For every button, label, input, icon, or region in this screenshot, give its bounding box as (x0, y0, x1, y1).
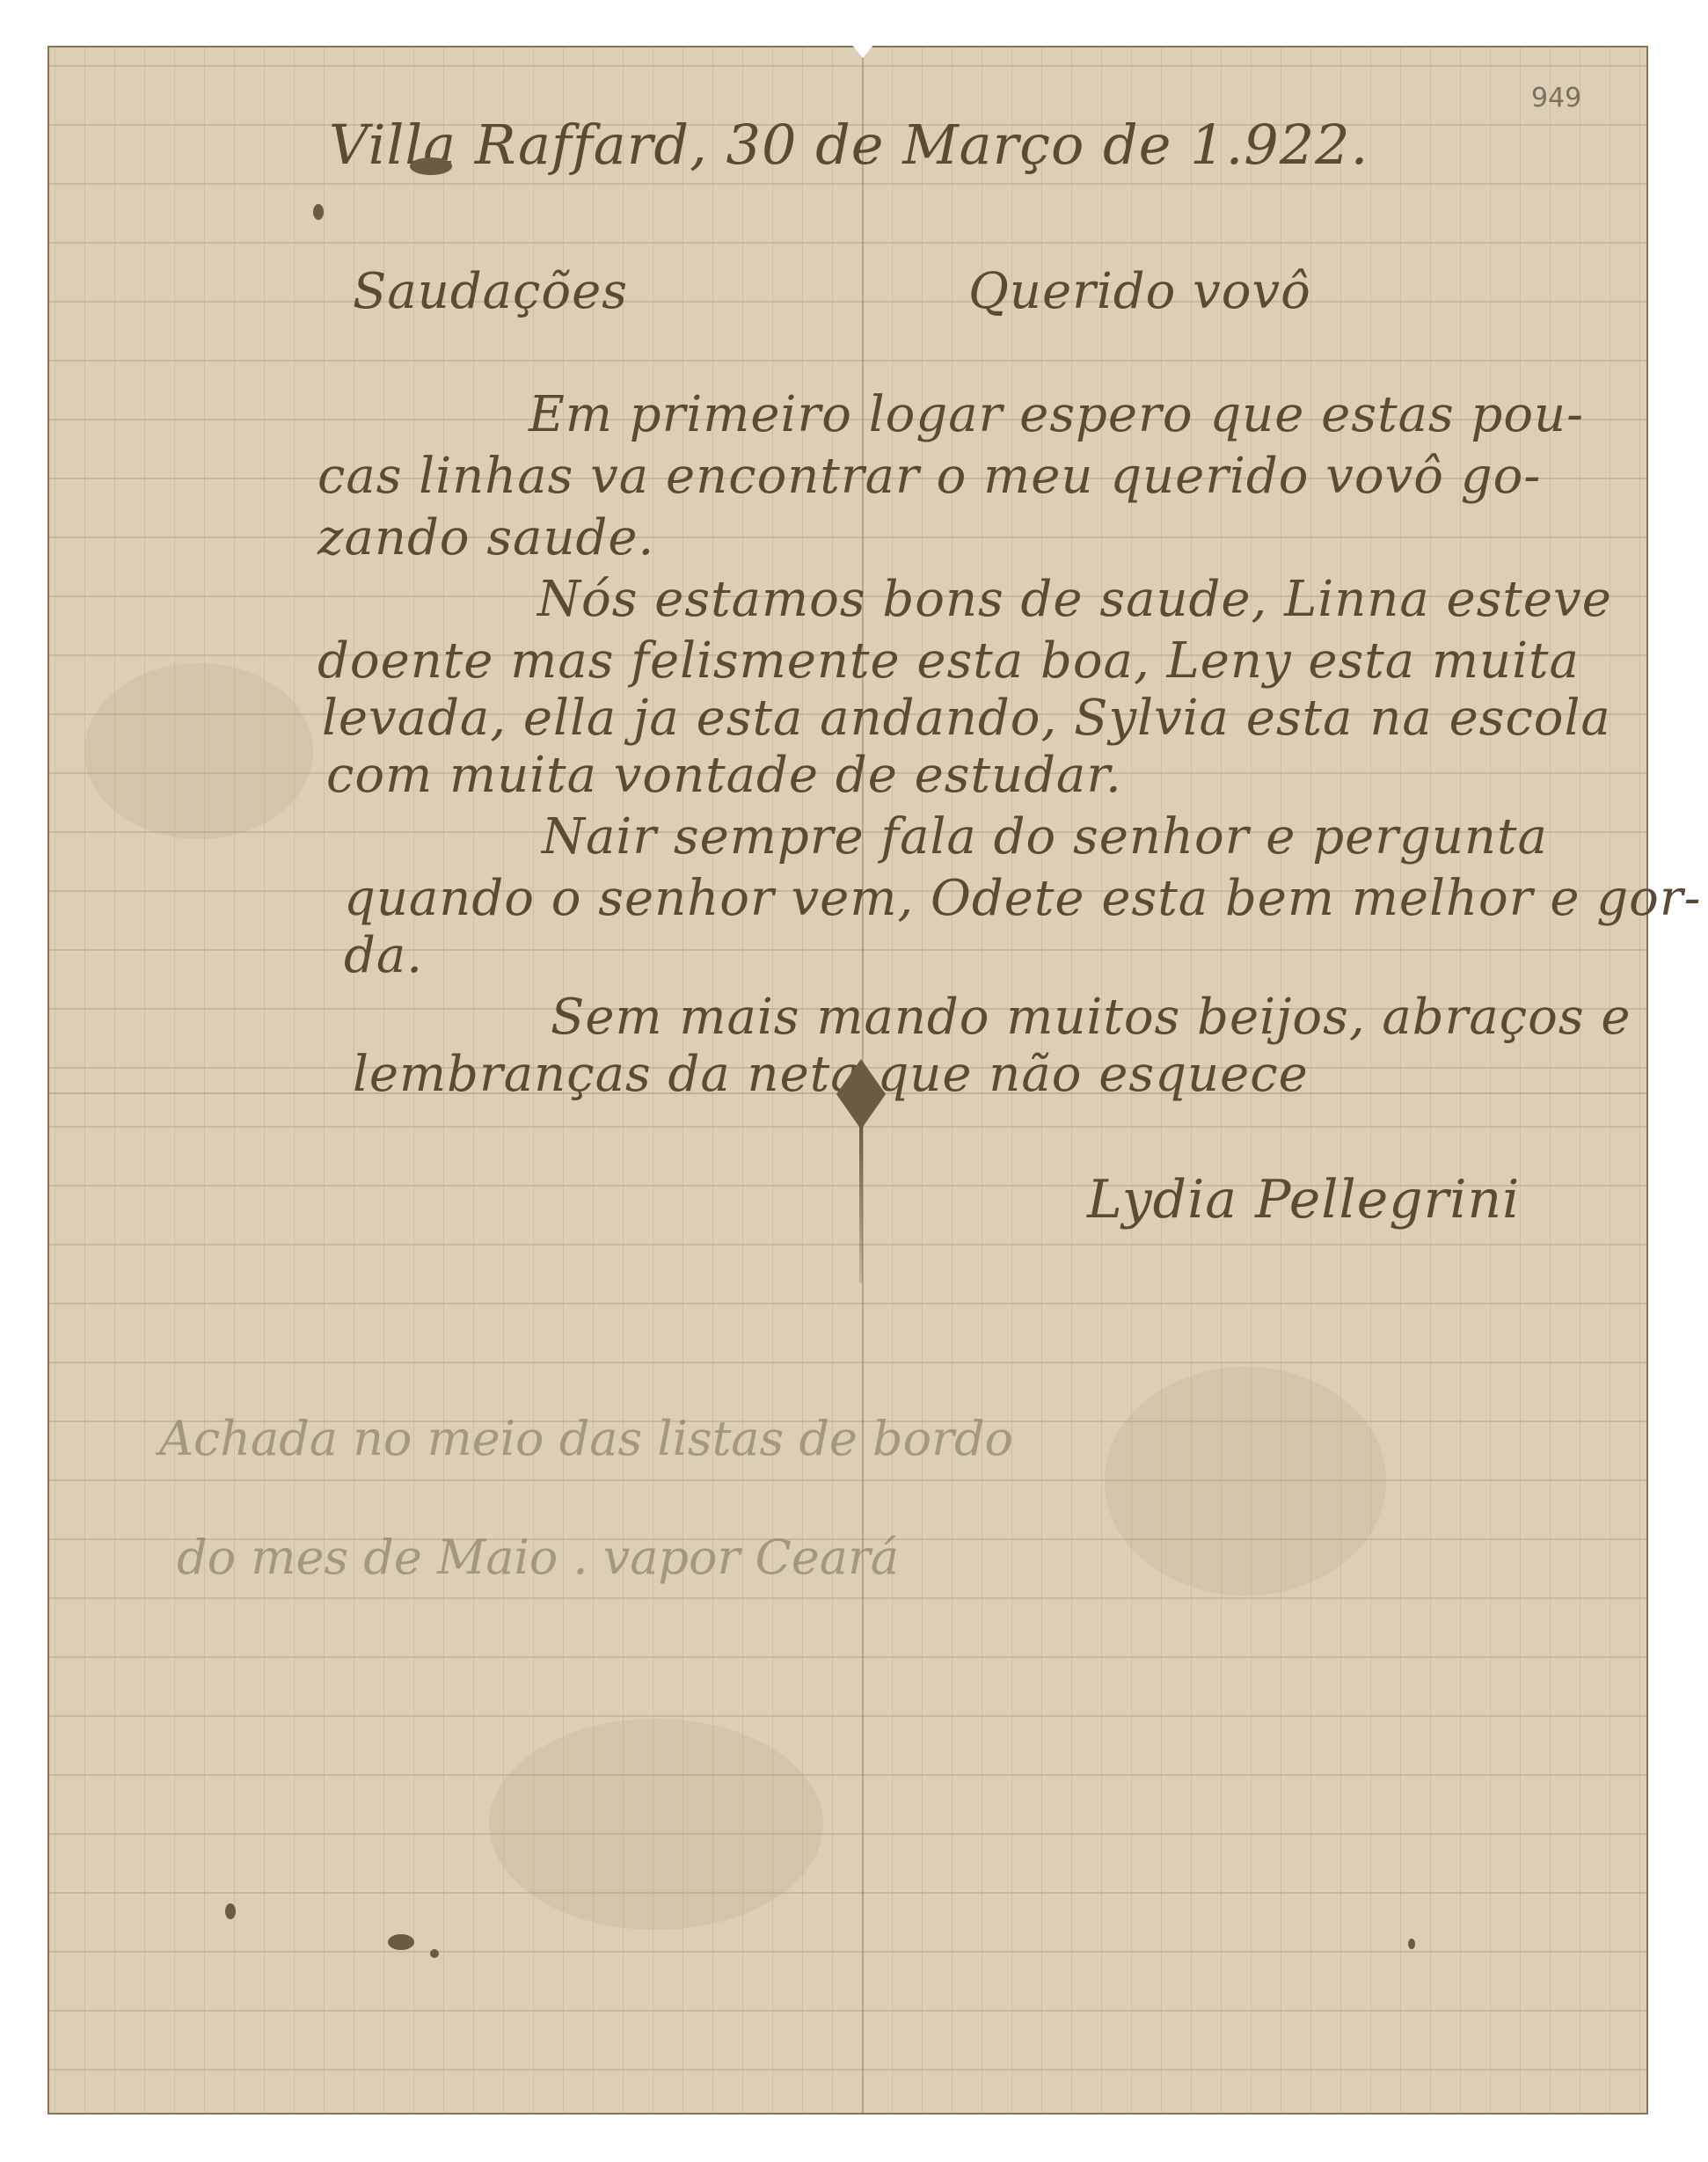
body-line: quando o senhor vem, Odete esta bem melh… (344, 874, 1702, 924)
water-stain (489, 1719, 823, 1930)
body-line: cas linhas va encontrar o meu querido vo… (318, 452, 1541, 501)
body-line: Sem mais mando muitos beijos, abraços e (551, 993, 1631, 1042)
ink-blot (1408, 1939, 1415, 1949)
signature: Lydia Pellegrini (1087, 1173, 1520, 1226)
ink-blot (225, 1903, 236, 1919)
water-stain (1105, 1367, 1386, 1596)
ink-blot (313, 204, 324, 220)
body-line: lembranças da neta que não esquece (353, 1050, 1309, 1099)
body-line: zando saude. (318, 514, 654, 563)
body-line: Em primeiro logar espero que estas pou- (529, 391, 1584, 440)
place-date-line: Villa Raffard, 30 de Março de 1.922. (329, 118, 1369, 172)
body-line: doente mas felismente esta boa, Leny est… (318, 637, 1580, 686)
body-line: Nós estamos bons de saude, Linna esteve (537, 575, 1612, 624)
letter-paper: 949 Villa Raffard, 30 de Março de 1.922.… (47, 46, 1648, 2115)
archive-number: 949 (1531, 83, 1581, 113)
ink-drip (859, 1125, 863, 1283)
water-stain (84, 663, 313, 839)
body-line: da. (344, 931, 423, 981)
ink-blot (430, 1949, 439, 1958)
body-line: levada, ella ja esta andando, Sylvia est… (322, 694, 1611, 743)
ink-blot (410, 157, 452, 175)
greeting-saudacoes: Saudações (353, 267, 628, 317)
top-edge-notch (851, 44, 874, 58)
body-line: com muita vontade de estudar. (326, 751, 1122, 800)
pencil-note-line: Achada no meio das listas de bordo (159, 1415, 1013, 1463)
ink-blot (388, 1934, 414, 1950)
body-line: Nair sempre fala do senhor e pergunta (542, 813, 1548, 862)
greeting-querido-vovo: Querido vovô (968, 267, 1311, 317)
pencil-note-line: do mes de Maio . vapor Ceará (177, 1534, 899, 1581)
